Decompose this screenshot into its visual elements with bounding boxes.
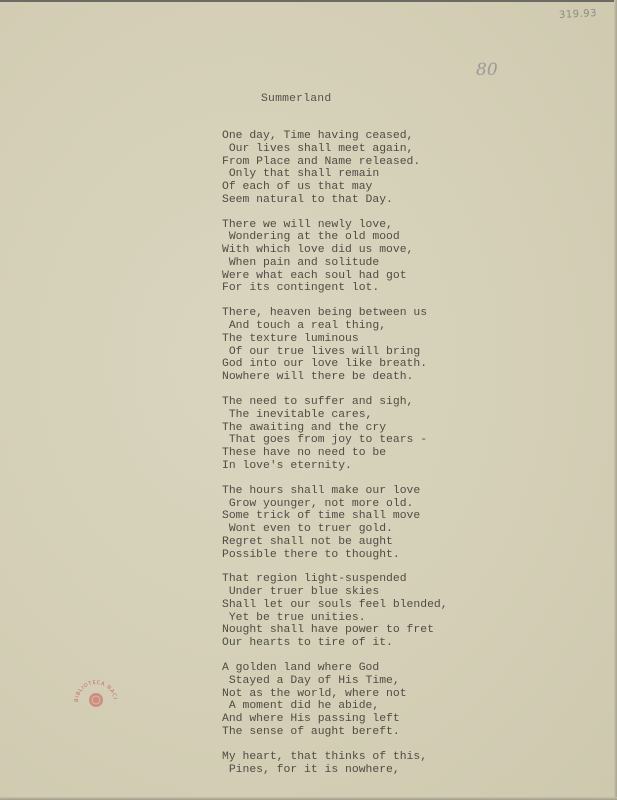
stanza-1: One day, Time having ceased, Our lives s… [222, 130, 448, 207]
page-top-edge [0, 0, 617, 2]
poem-line: Pines, for it is nowhere, [222, 764, 448, 777]
handwritten-page-number: 80 [476, 60, 498, 80]
poem-line: The sense of aught bereft. [222, 726, 448, 739]
library-stamp-icon: BIBLIOTECA NACIONAL [72, 668, 120, 716]
poem-line: The inevitable cares, [222, 409, 448, 422]
poem-line: From Place and Name released. [222, 156, 448, 169]
poem-line: Seem natural to that Day. [222, 194, 448, 207]
poem-line: The awaiting and the cry [222, 422, 448, 435]
stanza-4: The need to suffer and sigh, The inevita… [222, 396, 448, 473]
stanza-5: The hours shall make our love Grow young… [222, 485, 448, 562]
poem-line: Shall let our souls feel blended, [222, 599, 448, 612]
poem-title: Summerland [261, 93, 331, 105]
poem-line: Of each of us that may [222, 181, 448, 194]
document-page: 319.93 80 Summerland One day, Time havin… [0, 0, 617, 800]
poem-line: In love's eternity. [222, 460, 448, 473]
poem-line: Our hearts to tire of it. [222, 637, 448, 650]
poem-line: When pain and solitude [222, 257, 448, 270]
poem-line: Not as the world, where not [222, 688, 448, 701]
poem-line: There, heaven being between us [222, 307, 448, 320]
poem-line: For its contingent lot. [222, 282, 448, 295]
poem-line: And where His passing left [222, 713, 448, 726]
poem-line: Grow younger, not more old. [222, 498, 448, 511]
poem-line: Possible there to thought. [222, 549, 448, 562]
poem-line: And touch a real thing, [222, 320, 448, 333]
catalog-number: 319.93 [559, 8, 598, 21]
poem-line: Wondering at the old mood [222, 231, 448, 244]
poem-line: One day, Time having ceased, [222, 130, 448, 143]
poem-line: Nought shall have power to fret [222, 624, 448, 637]
stanza-6: That region light-suspended Under truer … [222, 573, 448, 650]
stanza-2: There we will newly love, Wondering at t… [222, 219, 448, 296]
poem-line: Our lives shall meet again, [222, 143, 448, 156]
poem-line: A moment did he abide, [222, 700, 448, 713]
poem-line: That region light-suspended [222, 573, 448, 586]
stanza-7: A golden land where God Stayed a Day of … [222, 662, 448, 739]
poem-line: The texture luminous [222, 333, 448, 346]
poem-line: A golden land where God [222, 662, 448, 675]
poem-body: One day, Time having ceased, Our lives s… [222, 130, 448, 789]
poem-line: Stayed a Day of His Time, [222, 675, 448, 688]
poem-line: Of our true lives will bring [222, 346, 448, 359]
poem-line: There we will newly love, [222, 219, 448, 232]
poem-line: Were what each soul had got [222, 270, 448, 283]
poem-line: Wont even to truer gold. [222, 523, 448, 536]
stanza-8: My heart, that thinks of this, Pines, fo… [222, 751, 448, 777]
poem-line: These have no need to be [222, 447, 448, 460]
poem-line: Under truer blue skies [222, 586, 448, 599]
poem-line: Regret shall not be aught [222, 536, 448, 549]
poem-line: Only that shall remain [222, 168, 448, 181]
stanza-3: There, heaven being between us And touch… [222, 307, 448, 384]
poem-line: The need to suffer and sigh, [222, 396, 448, 409]
poem-line: That goes from joy to tears - [222, 434, 448, 447]
poem-line: Nowhere will there be death. [222, 371, 448, 384]
poem-line: Yet be true unities. [222, 612, 448, 625]
poem-line: The hours shall make our love [222, 485, 448, 498]
poem-line: God into our love like breath. [222, 358, 448, 371]
poem-line: Some trick of time shall move [222, 510, 448, 523]
poem-line: With which love did us move, [222, 244, 448, 257]
poem-line: My heart, that thinks of this, [222, 751, 448, 764]
